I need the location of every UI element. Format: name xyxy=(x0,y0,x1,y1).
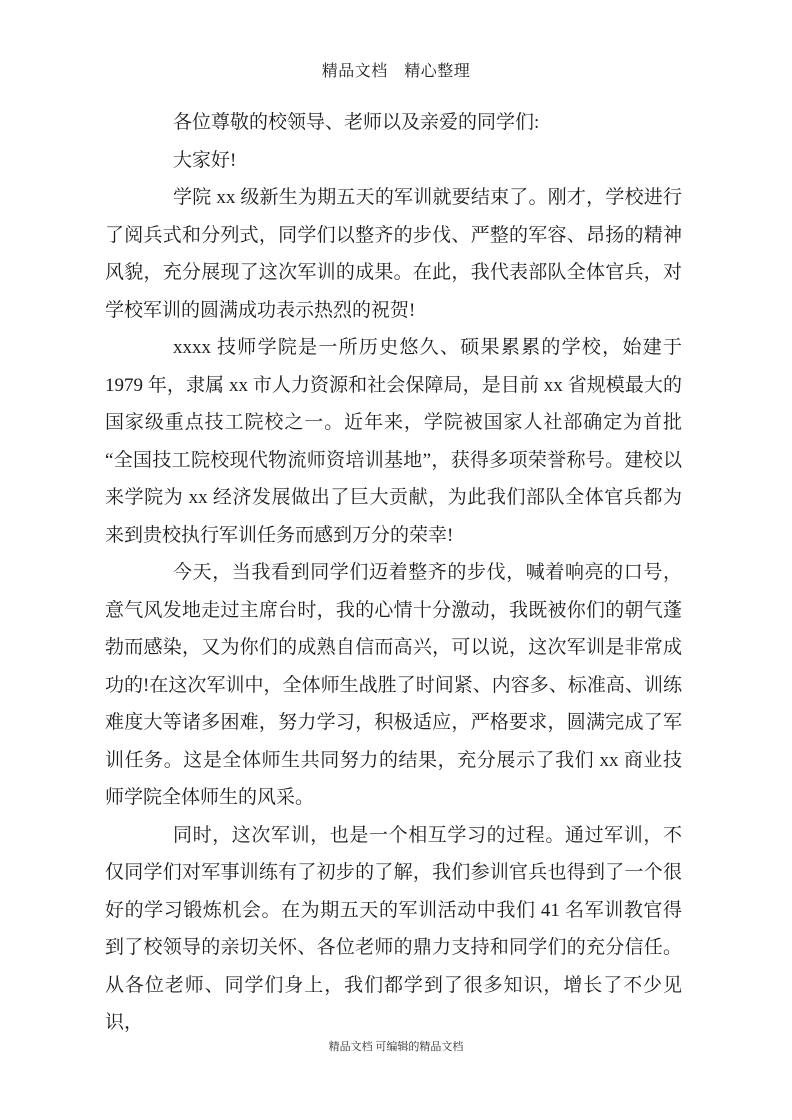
document-page: 精品文档 精心整理 各位尊敬的校领导、老师以及亲爱的同学们: 大家好! 学院 x… xyxy=(0,0,792,1120)
page-header-text: 精品文档 精心整理 xyxy=(0,58,792,81)
paragraph-body-2: xxxx 技师学院是一所历史悠久、硕果累累的学校，始建于 1979 年，隶属 x… xyxy=(105,329,682,554)
paragraph-greeting: 大家好! xyxy=(105,142,682,180)
paragraph-salutation: 各位尊敬的校领导、老师以及亲爱的同学们: xyxy=(105,104,682,142)
paragraph-body-3: 今天，当我看到同学们迈着整齐的步伐，喊着响亮的口号，意气风发地走过主席台时，我的… xyxy=(105,554,682,817)
paragraph-body-4: 同时，这次军训，也是一个相互学习的过程。通过军训，不仅同学们对军事训练有了初步的… xyxy=(105,817,682,1042)
paragraph-body-1: 学院 xx 级新生为期五天的军训就要结束了。刚才，学校进行了阅兵式和分列式，同学… xyxy=(105,179,682,329)
page-footer-text: 精品文档 可编辑的精品文档 xyxy=(0,1038,792,1054)
document-body: 各位尊敬的校领导、老师以及亲爱的同学们: 大家好! 学院 xx 级新生为期五天的… xyxy=(105,104,682,1042)
